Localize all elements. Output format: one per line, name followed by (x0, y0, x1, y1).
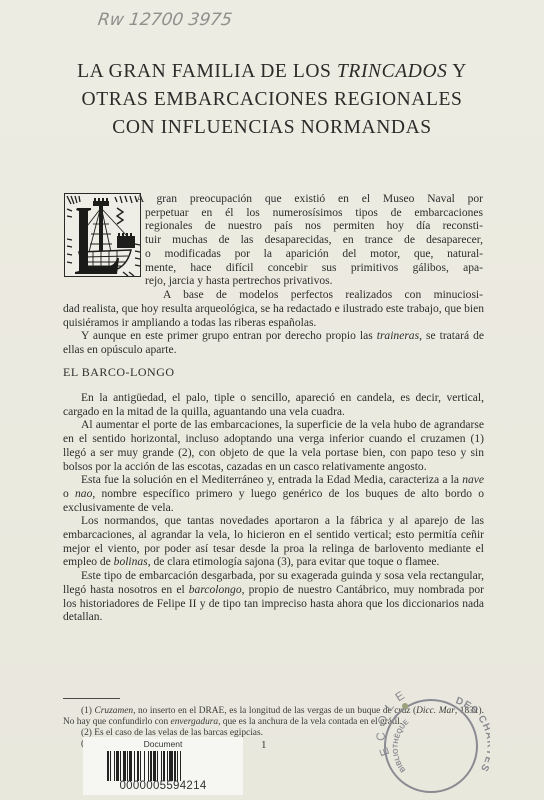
intro-line: perpetuar en él los numerosísimos tipos … (145, 207, 483, 221)
title-line-3: CON INFLUENCIAS NORMANDAS (0, 114, 544, 142)
body-paragraph: Este tipo de embarcación desgarbada, por… (63, 570, 484, 625)
body-paragraph: Al aumentar el porte de las embarcacione… (63, 419, 484, 474)
page-number: 1 (261, 739, 267, 751)
barcode-bar (181, 751, 182, 781)
text-span: , nombre específico primero y luego gené… (63, 488, 484, 514)
section-body: En la antigüedad, el palo, tiple o senci… (63, 392, 484, 625)
intro-line: regionales de nuestro país nos permiten … (145, 220, 483, 234)
text-span: (1) (81, 706, 95, 716)
intro-line: A gran preocupación que existió en el Mu… (136, 193, 483, 207)
intro-paragraph-1: A gran preocupación que existió en el Mu… (145, 193, 483, 289)
section-heading: EL BARCO-LONGO (63, 365, 175, 380)
italic-term: bolinas (114, 556, 148, 568)
text-span: Al aumentar el porte de las embarcacione… (63, 419, 484, 472)
barcode-label: Document 0000005594214 (83, 737, 243, 795)
decorative-initial-ship-icon (64, 193, 141, 277)
intro-line: A base de modelos perfectos realizados c… (145, 289, 483, 303)
library-stamp-icon: ECOLE DES CHARTES BIBLIOTHÈQUE (372, 684, 490, 800)
intro-line: mente, hace difícil concebir sus primiti… (145, 262, 483, 276)
text-span: , de clara etimología sajona (3), para e… (148, 556, 440, 568)
italic-term: Cruzamen (95, 706, 134, 716)
italic-term: barcolongo (189, 584, 242, 596)
title-italic-text: TRINCADOS (337, 61, 448, 82)
intro-line: rejo, jarcia y hasta pertrechos privativ… (145, 275, 483, 289)
intro-paragraph-3: Y aunque en este primer grupo entran por… (63, 330, 484, 357)
italic-term: nao (75, 488, 92, 500)
intro-text: dad realista, que hoy resulta arqueológi… (63, 303, 484, 330)
stamp-text-bottom: DES CHARTES (454, 695, 490, 773)
text-span: o (63, 488, 75, 500)
svg-text:DES CHARTES: DES CHARTES (454, 695, 490, 773)
text-span: Esta fue la solución en el Mediterráneo … (81, 474, 462, 486)
handwritten-reference: Rw 12700 3975 (97, 10, 234, 30)
article-title: LA GRAN FAMILIA DE LOS TRINCADOS Y OTRAS… (0, 58, 544, 142)
stamp-text-inner: BIBLIOTHÈQUE (392, 719, 411, 774)
title-line-1: LA GRAN FAMILIA DE LOS TRINCADOS Y (0, 58, 544, 86)
intro-line: tuir muchas de las desaparecidas, en tra… (145, 234, 483, 248)
barcode-title: Document (83, 739, 243, 749)
body-paragraph: Esta fue la solución en el Mediterráneo … (63, 474, 484, 515)
title-text: Y (447, 61, 466, 82)
italic-term: envergadura (171, 717, 219, 727)
text-span: En la antigüedad, el palo, tiple o senci… (63, 392, 484, 418)
intro-paragraph-2-first-line: A base de modelos perfectos realizados c… (145, 289, 483, 303)
document-page: Rw 12700 3975 LA GRAN FAMILIA DE LOS TRI… (0, 0, 544, 800)
body-paragraph: Los normandos, que tantas novedades apor… (63, 515, 484, 570)
italic-term: traineras (377, 330, 419, 342)
barcode-icon (107, 751, 220, 781)
italic-term: nave (462, 474, 484, 486)
svg-text:BIBLIOTHÈQUE: BIBLIOTHÈQUE (392, 719, 411, 774)
title-line-2: OTRAS EMBARCACIONES REGIONALES (0, 86, 544, 114)
intro-line: o modificadas por la aparición del motor… (145, 248, 483, 262)
body-paragraph: En la antigüedad, el palo, tiple o senci… (63, 392, 484, 419)
title-text: LA GRAN FAMILIA DE LOS (77, 61, 337, 82)
footnote-divider (63, 698, 120, 699)
text-span: Y aunque en este primer grupo entran por… (81, 330, 377, 342)
intro-paragraph-2-rest: dad realista, que hoy resulta arqueológi… (63, 303, 484, 358)
barcode-number: 0000005594214 (83, 780, 243, 792)
